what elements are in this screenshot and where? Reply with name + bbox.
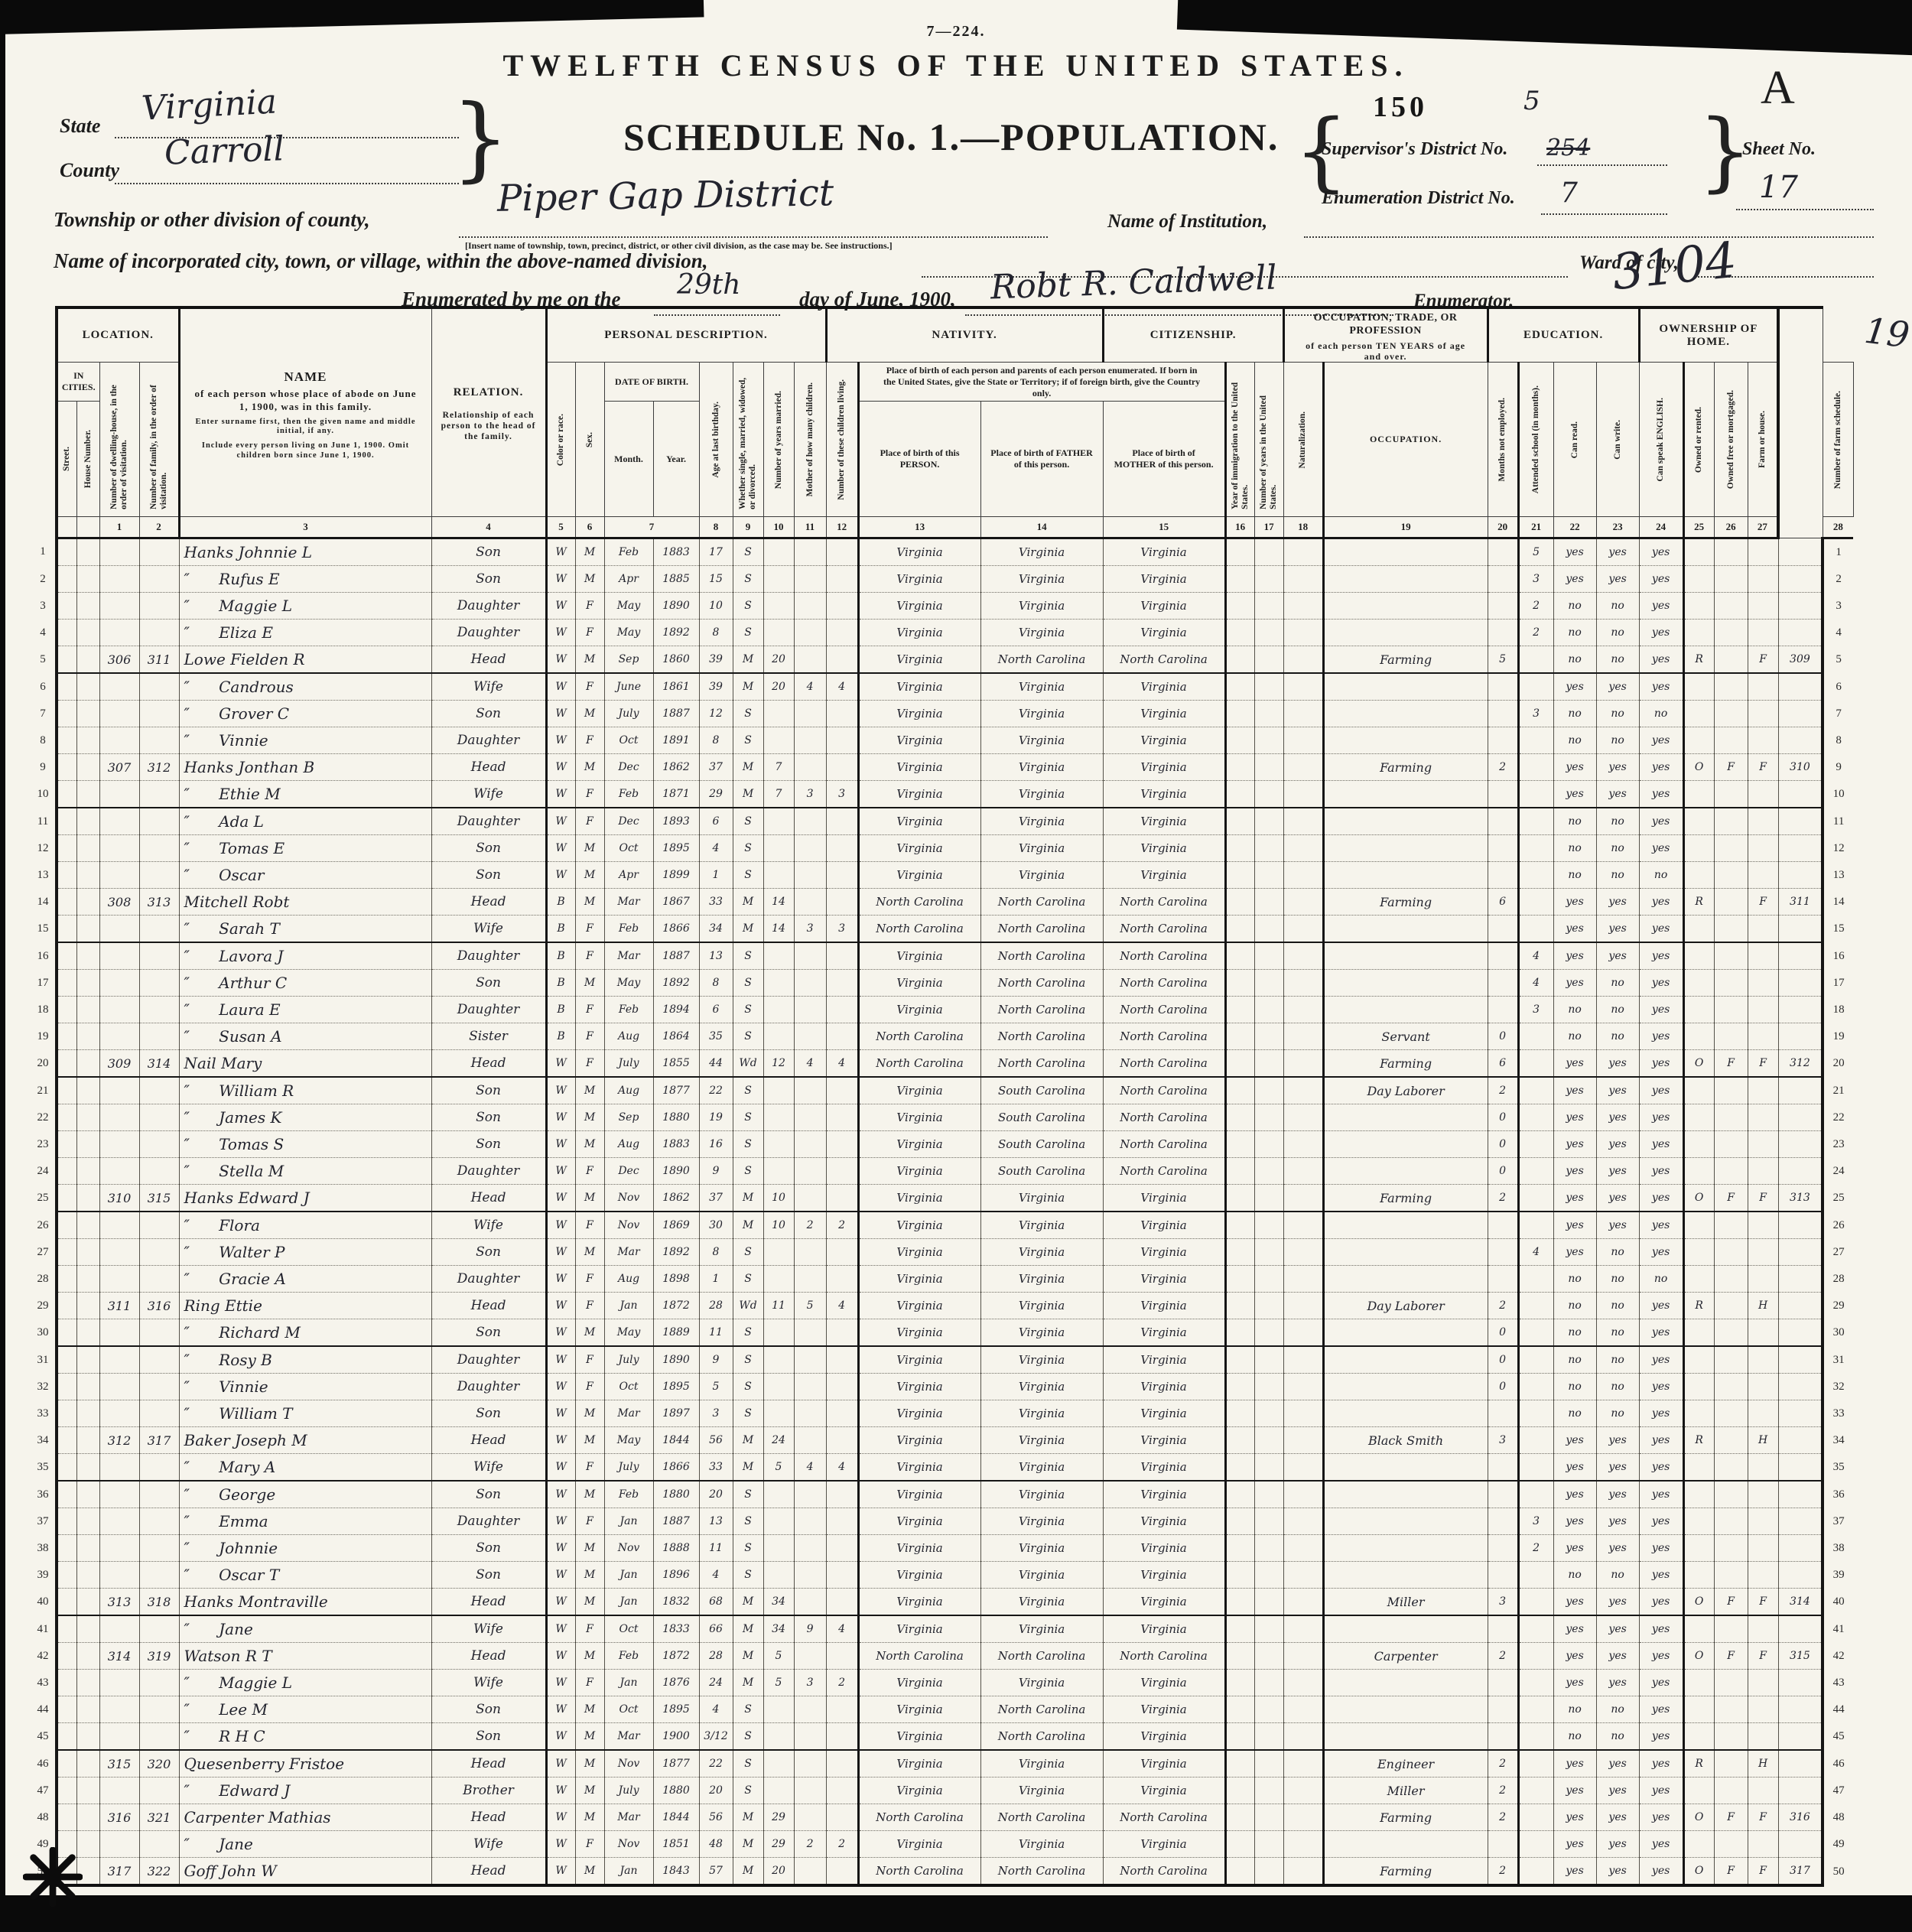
- cell-mother-of-children: [794, 1346, 826, 1374]
- cell-street: [57, 1374, 76, 1400]
- cell-years-in-us: [1254, 1239, 1283, 1266]
- cell-occupation: Farming: [1323, 1858, 1488, 1886]
- cell-attended-school: [1518, 1562, 1553, 1589]
- cell-row-number-left: 44: [31, 1696, 57, 1723]
- cell-can-read: yes: [1553, 889, 1596, 916]
- cell-color: W: [546, 1374, 575, 1400]
- cell-sex: F: [575, 781, 604, 808]
- cell-sex: M: [575, 862, 604, 889]
- cell-family-number: [139, 1508, 179, 1535]
- cell-immigration-year: [1225, 970, 1254, 997]
- cell-immigration-year: [1225, 1158, 1254, 1185]
- cell-father-birthplace: Virginia: [980, 754, 1103, 781]
- cell-house-number: [76, 942, 99, 970]
- cell-relation: Son: [431, 1400, 546, 1427]
- cell-birth-year: 1866: [653, 916, 699, 943]
- cell-birth-year: 1851: [653, 1831, 699, 1858]
- cell-attended-school: 3: [1518, 701, 1553, 727]
- cell-birthplace: Virginia: [858, 970, 980, 997]
- cell-mother-birthplace: Virginia: [1103, 1535, 1225, 1562]
- cell-name: ″ R H C: [179, 1723, 431, 1751]
- cell-farm-house: [1748, 1266, 1778, 1293]
- cell-mother-of-children: [794, 1185, 826, 1212]
- cell-farm-schedule: 316: [1778, 1804, 1823, 1831]
- cell-birthplace: Virginia: [858, 1615, 980, 1643]
- cell-family-number: 314: [139, 1050, 179, 1078]
- institution-label: Name of Institution,: [1107, 211, 1267, 233]
- cell-family-number: [139, 1104, 179, 1131]
- cell-attended-school: 4: [1518, 942, 1553, 970]
- cell-birth-year: 1887: [653, 1508, 699, 1535]
- cell-row-number-right: 4: [1823, 620, 1853, 646]
- cell-children-living: [826, 754, 858, 781]
- cell-birth-year: 1890: [653, 1158, 699, 1185]
- cell-name: ″ Laura E: [179, 997, 431, 1023]
- cell-owned-rented: [1683, 538, 1714, 566]
- cell-mother-birthplace: North Carolina: [1103, 1050, 1225, 1078]
- cell-age: 22: [699, 1750, 733, 1778]
- cell-farm-house: F: [1748, 754, 1778, 781]
- cell-mother-of-children: [794, 1750, 826, 1778]
- cell-birthplace: Virginia: [858, 1158, 980, 1185]
- sheet-line: [1736, 208, 1874, 210]
- cell-street: [57, 538, 76, 566]
- cell-can-read: yes: [1553, 1454, 1596, 1482]
- cell-occupation: [1323, 1670, 1488, 1696]
- cell-owned-rented: R: [1683, 1293, 1714, 1319]
- cell-dwelling-number: [99, 1400, 139, 1427]
- table-row: 36″ GeorgeSonWMFeb188020SVirginiaVirgini…: [31, 1481, 1853, 1508]
- cell-relation: Daughter: [431, 1508, 546, 1535]
- cell-attended-school: 3: [1518, 997, 1553, 1023]
- cell-father-birthplace: Virginia: [980, 1212, 1103, 1239]
- cell-color: B: [546, 942, 575, 970]
- cell-months-not-employed: [1488, 916, 1518, 943]
- cell-can-write: yes: [1596, 1508, 1639, 1535]
- cell-age: 12: [699, 701, 733, 727]
- cell-mother-birthplace: Virginia: [1103, 835, 1225, 862]
- cell-immigration-year: [1225, 835, 1254, 862]
- cell-family-number: [139, 727, 179, 754]
- cell-children-living: 4: [826, 673, 858, 701]
- group-nativity: NATIVITY.: [826, 307, 1103, 363]
- table-row: 5306311Lowe Fielden RHeadWMSep186039M20V…: [31, 646, 1853, 674]
- cell-birth-year: 1844: [653, 1804, 699, 1831]
- cell-months-not-employed: 5: [1488, 646, 1518, 674]
- cell-attended-school: [1518, 1778, 1553, 1804]
- cell-row-number-left: 17: [31, 970, 57, 997]
- cell-years-married: [763, 1750, 794, 1778]
- cell-birth-month: Aug: [604, 1077, 653, 1104]
- cell-children-living: [826, 835, 858, 862]
- cell-birth-year: 1880: [653, 1778, 699, 1804]
- cell-family-number: [139, 566, 179, 593]
- cell-birthplace: Virginia: [858, 1212, 980, 1239]
- cell-can-speak-english: yes: [1639, 1454, 1683, 1482]
- cell-can-speak-english: yes: [1639, 1481, 1683, 1508]
- cell-months-not-employed: [1488, 1508, 1518, 1535]
- cell-years-in-us: [1254, 1077, 1283, 1104]
- cell-can-read: no: [1553, 1293, 1596, 1319]
- cell-relation: Head: [431, 1427, 546, 1454]
- cell-farm-house: [1748, 862, 1778, 889]
- cell-father-birthplace: Virginia: [980, 566, 1103, 593]
- cell-can-read: yes: [1553, 1778, 1596, 1804]
- cell-mother-birthplace: Virginia: [1103, 1696, 1225, 1723]
- cell-dwelling-number: 311: [99, 1293, 139, 1319]
- cell-house-number: [76, 1050, 99, 1078]
- page-title: TWELFTH CENSUS OF THE UNITED STATES.: [0, 47, 1912, 83]
- cell-farm-schedule: 313: [1778, 1185, 1823, 1212]
- cell-sex: F: [575, 593, 604, 620]
- cell-row-number-left: 22: [31, 1104, 57, 1131]
- cell-years-married: 5: [763, 1454, 794, 1482]
- cell-row-number-right: 11: [1823, 808, 1853, 835]
- cell-years-married: [763, 1346, 794, 1374]
- cell-father-birthplace: North Carolina: [980, 916, 1103, 943]
- cell-can-read: no: [1553, 727, 1596, 754]
- group-location: LOCATION.: [57, 307, 179, 363]
- cell-mother-birthplace: North Carolina: [1103, 1643, 1225, 1670]
- cell-house-number: [76, 1293, 99, 1319]
- cell-mother-of-children: [794, 1858, 826, 1886]
- cell-years-in-us: [1254, 754, 1283, 781]
- cell-color: W: [546, 862, 575, 889]
- cell-marital-status: M: [733, 1670, 763, 1696]
- cell-row-number-left: 37: [31, 1508, 57, 1535]
- cell-can-speak-english: yes: [1639, 1778, 1683, 1804]
- cell-house-number: [76, 916, 99, 943]
- cell-mother-of-children: 3: [794, 1670, 826, 1696]
- cell-house-number: [76, 1319, 99, 1347]
- table-row: 14308313Mitchell RobtHeadBMMar186733M14N…: [31, 889, 1853, 916]
- cell-free-mortgaged: [1714, 1023, 1748, 1050]
- cell-birthplace: Virginia: [858, 1239, 980, 1266]
- cell-farm-schedule: [1778, 538, 1823, 566]
- cell-years-in-us: [1254, 862, 1283, 889]
- cell-can-read: yes: [1553, 781, 1596, 808]
- cell-sex: M: [575, 1104, 604, 1131]
- cell-father-birthplace: Virginia: [980, 835, 1103, 862]
- cell-owned-rented: [1683, 1077, 1714, 1104]
- cell-can-write: no: [1596, 1319, 1639, 1347]
- table-row: 9307312Hanks Jonthan BHeadWMDec186237M7V…: [31, 754, 1853, 781]
- table-row: 24″ Stella MDaughterWFDec18909SVirginiaS…: [31, 1158, 1853, 1185]
- cell-family-number: 312: [139, 754, 179, 781]
- cell-name: ″ Susan A: [179, 1023, 431, 1050]
- county-line: [115, 182, 459, 184]
- cell-house-number: [76, 1615, 99, 1643]
- cell-relation: Son: [431, 835, 546, 862]
- cell-free-mortgaged: [1714, 1750, 1748, 1778]
- cell-years-in-us: [1254, 970, 1283, 997]
- cell-can-read: no: [1553, 620, 1596, 646]
- table-row: 6″ CandrousWifeWFJune186139M2044Virginia…: [31, 673, 1853, 701]
- cell-owned-rented: [1683, 727, 1714, 754]
- cell-birth-month: Jan: [604, 1670, 653, 1696]
- cell-owned-rented: [1683, 1670, 1714, 1696]
- cell-mother-of-children: [794, 1077, 826, 1104]
- cell-row-number-left: 12: [31, 835, 57, 862]
- cell-dwelling-number: [99, 1481, 139, 1508]
- cell-months-not-employed: [1488, 593, 1518, 620]
- cell-mother-of-children: [794, 754, 826, 781]
- cell-children-living: [826, 593, 858, 620]
- cell-occupation: [1323, 701, 1488, 727]
- table-row: 49″ JaneWifeWFNov185148M2922VirginiaVirg…: [31, 1831, 1853, 1858]
- cell-dwelling-number: [99, 1723, 139, 1751]
- cell-owned-rented: [1683, 1319, 1714, 1347]
- cell-row-number-right: 37: [1823, 1508, 1853, 1535]
- cell-house-number: [76, 1804, 99, 1831]
- cell-children-living: [826, 942, 858, 970]
- cell-father-birthplace: Virginia: [980, 862, 1103, 889]
- cell-can-write: yes: [1596, 1778, 1639, 1804]
- cell-free-mortgaged: F: [1714, 1589, 1748, 1616]
- cell-marital-status: M: [733, 1804, 763, 1831]
- cell-occupation: [1323, 1374, 1488, 1400]
- cell-can-read: yes: [1553, 1831, 1596, 1858]
- cell-free-mortgaged: F: [1714, 1804, 1748, 1831]
- cell-attended-school: [1518, 781, 1553, 808]
- cell-can-read: no: [1553, 808, 1596, 835]
- cell-birth-month: Jan: [604, 1508, 653, 1535]
- cell-farm-schedule: [1778, 808, 1823, 835]
- cell-can-write: no: [1596, 1723, 1639, 1751]
- cell-years-married: [763, 808, 794, 835]
- cell-marital-status: M: [733, 1858, 763, 1886]
- col-naturalization: Naturalization.: [1283, 363, 1323, 517]
- cell-naturalization: [1283, 1562, 1323, 1589]
- cell-birth-month: Sep: [604, 1104, 653, 1131]
- cell-house-number: [76, 1535, 99, 1562]
- cell-years-married: [763, 942, 794, 970]
- cell-children-living: [826, 1104, 858, 1131]
- cell-owned-rented: [1683, 970, 1714, 997]
- cell-owned-rented: O: [1683, 1643, 1714, 1670]
- cell-attended-school: [1518, 1131, 1553, 1158]
- cell-children-living: [826, 1696, 858, 1723]
- cell-occupation: [1323, 1615, 1488, 1643]
- cell-dwelling-number: [99, 808, 139, 835]
- cell-color: W: [546, 1427, 575, 1454]
- cell-birthplace: Virginia: [858, 1266, 980, 1293]
- cell-house-number: [76, 970, 99, 997]
- cell-relation: Daughter: [431, 942, 546, 970]
- cell-house-number: [76, 1508, 99, 1535]
- cell-row-number-left: 41: [31, 1615, 57, 1643]
- cell-months-not-employed: [1488, 970, 1518, 997]
- institution-line: [1304, 236, 1874, 238]
- cell-farm-house: [1748, 1374, 1778, 1400]
- cell-row-number-left: 43: [31, 1670, 57, 1696]
- cell-can-speak-english: yes: [1639, 970, 1683, 997]
- cell-months-not-employed: 0: [1488, 1131, 1518, 1158]
- cell-months-not-employed: 3: [1488, 1427, 1518, 1454]
- cell-age: 37: [699, 1185, 733, 1212]
- cell-farm-house: H: [1748, 1293, 1778, 1319]
- col-years-in-us: Number of years in the United States.: [1254, 363, 1283, 517]
- cell-dwelling-number: [99, 566, 139, 593]
- cell-row-number-right: 44: [1823, 1696, 1853, 1723]
- cell-sex: F: [575, 942, 604, 970]
- table-row: 29311316Ring EttieHeadWFJan187228Wd1154V…: [31, 1293, 1853, 1319]
- cell-years-in-us: [1254, 1319, 1283, 1347]
- group-personal-description: PERSONAL DESCRIPTION.: [546, 307, 826, 363]
- cell-months-not-employed: [1488, 1400, 1518, 1427]
- cell-free-mortgaged: [1714, 1077, 1748, 1104]
- cell-can-read: yes: [1553, 1643, 1596, 1670]
- cell-attended-school: [1518, 727, 1553, 754]
- table-body: 1Hanks Johnnie LSonWMFeb188317SVirginiaV…: [31, 538, 1853, 1886]
- cell-naturalization: [1283, 1185, 1323, 1212]
- cell-birthplace: Virginia: [858, 593, 980, 620]
- cell-house-number: [76, 1481, 99, 1508]
- cell-street: [57, 1481, 76, 1508]
- cell-occupation: Miller: [1323, 1778, 1488, 1804]
- cell-mother-birthplace: Virginia: [1103, 1508, 1225, 1535]
- cell-can-write: yes: [1596, 1643, 1639, 1670]
- cell-name: ″ Lavora J: [179, 942, 431, 970]
- cell-children-living: [826, 808, 858, 835]
- cell-color: W: [546, 1778, 575, 1804]
- cell-naturalization: [1283, 727, 1323, 754]
- cell-years-married: [763, 1696, 794, 1723]
- cell-sex: M: [575, 1562, 604, 1589]
- cell-months-not-employed: [1488, 620, 1518, 646]
- cell-months-not-employed: [1488, 727, 1518, 754]
- cell-months-not-employed: [1488, 538, 1518, 566]
- cell-farm-house: [1748, 1104, 1778, 1131]
- cell-marital-status: S: [733, 1535, 763, 1562]
- cell-family-number: [139, 835, 179, 862]
- cell-street: [57, 916, 76, 943]
- table-row: 19″ Susan ASisterBFAug186435SNorth Carol…: [31, 1023, 1853, 1050]
- cell-sex: F: [575, 1374, 604, 1400]
- cell-sex: M: [575, 1400, 604, 1427]
- cell-months-not-employed: [1488, 701, 1518, 727]
- cell-farm-house: [1748, 781, 1778, 808]
- cell-owned-rented: R: [1683, 889, 1714, 916]
- cell-months-not-employed: 6: [1488, 889, 1518, 916]
- cell-can-read: no: [1553, 646, 1596, 674]
- cell-birth-month: Jan: [604, 1293, 653, 1319]
- cell-years-in-us: [1254, 1050, 1283, 1078]
- cell-house-number: [76, 673, 99, 701]
- cell-marital-status: S: [733, 1158, 763, 1185]
- cell-relation: Head: [431, 1293, 546, 1319]
- cell-marital-status: M: [733, 673, 763, 701]
- cell-birthplace: Virginia: [858, 566, 980, 593]
- cell-color: W: [546, 701, 575, 727]
- cell-row-number-left: 31: [31, 1346, 57, 1374]
- column-number-row: 1 2 3 4 5 6 7 8 9 10 11 12 13 14 15 16 1…: [31, 517, 1853, 538]
- cell-children-living: 2: [826, 1670, 858, 1696]
- cell-birth-month: Mar: [604, 1804, 653, 1831]
- cell-owned-rented: [1683, 1131, 1714, 1158]
- cell-marital-status: M: [733, 1589, 763, 1616]
- cell-name: Ring Ettie: [179, 1293, 431, 1319]
- cell-can-speak-english: yes: [1639, 1050, 1683, 1078]
- group-citizenship: CITIZENSHIP.: [1103, 307, 1283, 363]
- cell-street: [57, 1185, 76, 1212]
- cell-mother-birthplace: North Carolina: [1103, 1858, 1225, 1886]
- cell-attended-school: [1518, 1427, 1553, 1454]
- cell-birth-year: 1880: [653, 1104, 699, 1131]
- cell-marital-status: S: [733, 1266, 763, 1293]
- cell-years-in-us: [1254, 1185, 1283, 1212]
- cell-mother-of-children: [794, 620, 826, 646]
- cell-marital-status: S: [733, 727, 763, 754]
- cell-family-number: [139, 1319, 179, 1347]
- cell-house-number: [76, 1023, 99, 1050]
- cell-immigration-year: [1225, 1723, 1254, 1751]
- cell-birth-month: Mar: [604, 889, 653, 916]
- cell-mother-of-children: 3: [794, 781, 826, 808]
- table-row: 17″ Arthur CSonBMMay18928SVirginiaNorth …: [31, 970, 1853, 997]
- cell-relation: Wife: [431, 916, 546, 943]
- cell-children-living: [826, 620, 858, 646]
- cell-free-mortgaged: [1714, 1508, 1748, 1535]
- cell-birth-year: 1900: [653, 1723, 699, 1751]
- table-row: 32″ VinnieDaughterWFOct18955SVirginiaVir…: [31, 1374, 1853, 1400]
- cell-age: 39: [699, 646, 733, 674]
- cell-row-number-left: 26: [31, 1212, 57, 1239]
- cell-attended-school: [1518, 1858, 1553, 1886]
- cell-name: ″ Tomas S: [179, 1131, 431, 1158]
- cell-farm-schedule: [1778, 673, 1823, 701]
- cell-months-not-employed: 6: [1488, 1050, 1518, 1078]
- cell-owned-rented: [1683, 673, 1714, 701]
- cell-row-number-right: 33: [1823, 1400, 1853, 1427]
- cell-immigration-year: [1225, 1804, 1254, 1831]
- cell-marital-status: S: [733, 835, 763, 862]
- cell-sex: M: [575, 835, 604, 862]
- cell-can-write: no: [1596, 1696, 1639, 1723]
- cell-father-birthplace: Virginia: [980, 1239, 1103, 1266]
- cell-naturalization: [1283, 1696, 1323, 1723]
- cell-can-write: no: [1596, 620, 1639, 646]
- cell-relation: Head: [431, 1589, 546, 1616]
- cell-house-number: [76, 1750, 99, 1778]
- cell-immigration-year: [1225, 646, 1254, 674]
- cell-attended-school: 5: [1518, 538, 1553, 566]
- cell-row-number-left: 24: [31, 1158, 57, 1185]
- cell-marital-status: M: [733, 889, 763, 916]
- cell-sex: M: [575, 889, 604, 916]
- cell-mother-of-children: [794, 1643, 826, 1670]
- cell-mother-of-children: [794, 970, 826, 997]
- cell-farm-house: [1748, 620, 1778, 646]
- cell-birthplace: Virginia: [858, 1535, 980, 1562]
- cell-years-married: [763, 1077, 794, 1104]
- cell-can-write: yes: [1596, 1670, 1639, 1696]
- cell-owned-rented: R: [1683, 1750, 1714, 1778]
- cell-attended-school: [1518, 1374, 1553, 1400]
- cell-mother-birthplace: Virginia: [1103, 538, 1225, 566]
- cell-family-number: [139, 1535, 179, 1562]
- cell-row-number-left: 8: [31, 727, 57, 754]
- cell-years-in-us: [1254, 1643, 1283, 1670]
- cell-age: 5: [699, 1374, 733, 1400]
- cell-can-read: yes: [1553, 566, 1596, 593]
- cell-color: W: [546, 1346, 575, 1374]
- cell-father-birthplace: Virginia: [980, 1266, 1103, 1293]
- cell-mother-of-children: [794, 701, 826, 727]
- cell-dwelling-number: [99, 1346, 139, 1374]
- table-row: 47″ Edward JBrotherWMJuly188020SVirginia…: [31, 1778, 1853, 1804]
- cell-farm-schedule: [1778, 1400, 1823, 1427]
